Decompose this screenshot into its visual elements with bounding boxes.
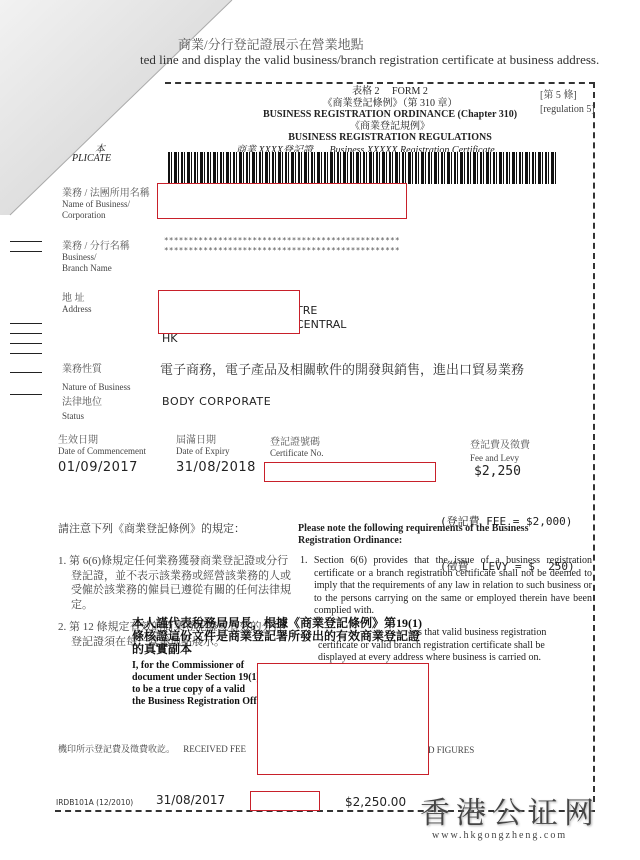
- margin-line: [10, 343, 42, 344]
- expiry-date: 31/08/2018: [176, 460, 256, 475]
- certificate-number-redaction: [264, 462, 436, 482]
- top-instruction-zh: 商業/分行登記證展示在營業地點: [178, 34, 364, 53]
- fee-label-en: Fee and Levy: [470, 453, 530, 464]
- cut-line-right: [593, 82, 595, 802]
- branch-label-en-2: Branch Name: [62, 263, 130, 274]
- form-number: 表格 2 FORM 2: [240, 86, 540, 98]
- receipt-en-a: RECEIVED FEE: [183, 744, 246, 754]
- margin-line: [10, 353, 42, 354]
- commencement-label-zh: 生效日期: [58, 431, 146, 446]
- receipt-zh: 機印所示登記費及徵費收訖。: [58, 744, 175, 754]
- name-label-zh: 業務 / 法團所用名稱: [62, 184, 150, 199]
- address-redaction: [158, 290, 300, 334]
- branch-name-line-1: ****************************************…: [164, 236, 400, 246]
- margin-line: [10, 323, 42, 324]
- status-label-en: Status: [62, 411, 102, 422]
- certificate-no-label-en: Certificate No.: [270, 448, 323, 459]
- notes-heading-en: Please note the following requirements o…: [298, 523, 580, 547]
- name-label-en-2: Corporation: [62, 210, 150, 221]
- branch-name-line-2: ****************************************…: [164, 246, 400, 256]
- stamp-zh-line-3: 的真實副本: [132, 643, 422, 656]
- margin-line: [10, 333, 42, 334]
- top-instruction-en: ted line and display the valid business/…: [140, 52, 599, 68]
- copy-mark-en: PLICATE: [72, 153, 111, 164]
- note-1-en: 1. Section 6(6) provides that the issue …: [300, 555, 592, 618]
- footer-amount: $2,250.00: [345, 795, 406, 809]
- regulations-zh: 《商業登記規例》: [240, 121, 540, 133]
- branch-label-en-1: Business/: [62, 252, 130, 263]
- margin-line: [10, 372, 42, 373]
- fee-total: $2,250: [474, 464, 521, 479]
- signature-redaction: [257, 663, 429, 775]
- status-value: BODY CORPORATE: [162, 395, 271, 408]
- regulation-ref-zh: [第 5 條]: [540, 86, 595, 101]
- footer-date: 31/08/2017: [156, 793, 225, 807]
- branch-label-zh: 業務 / 分行名稱: [62, 237, 130, 252]
- status-label-zh: 法律地位: [62, 393, 102, 408]
- footer-redaction: [250, 791, 320, 811]
- expiry-label-zh: 屆滿日期: [176, 431, 256, 446]
- commencement-date: 01/09/2017: [58, 460, 146, 475]
- nature-of-business-value: 電子商務，電子產品及相關軟件的開發與銷售，進出口貿易業務: [160, 359, 524, 378]
- business-name-redaction: [157, 183, 407, 219]
- name-label-en-1: Name of Business/: [62, 199, 150, 210]
- watermark-logo: 香港公证网: [420, 788, 600, 832]
- margin-line: [10, 251, 42, 252]
- watermark-url: www.hkgongzheng.com: [432, 830, 567, 841]
- receipt-en-b: D FIGURES: [428, 745, 474, 755]
- ordinance-en: BUSINESS REGISTRATION ORDINANCE (Chapter…: [240, 109, 540, 121]
- address-label-zh: 地 址: [62, 289, 92, 304]
- regulation-ref-en: [regulation 5]: [540, 104, 595, 115]
- commencement-label-en: Date of Commencement: [58, 446, 146, 457]
- certificate-no-label-zh: 登記證號碼: [270, 433, 323, 448]
- nature-label-zh: 業務性質: [62, 360, 131, 375]
- nature-label-en: Nature of Business: [62, 382, 131, 393]
- margin-line: [10, 394, 42, 395]
- form-code: IRDB101A (12/2010): [56, 798, 133, 807]
- expiry-label-en: Date of Expiry: [176, 446, 256, 457]
- notes-heading-zh: 請注意下列《商業登記條例》的規定：: [58, 520, 245, 536]
- cut-line-top: [165, 82, 595, 84]
- address-label-en: Address: [62, 304, 92, 315]
- note-1-zh: 1. 第 6(6)條規定任何業務獲發商業登記證或分行登記證，並不表示該業務或經營…: [58, 554, 293, 612]
- margin-line: [10, 241, 42, 242]
- address-line-3: HK: [140, 332, 346, 346]
- fee-label-zh: 登記費及徵費: [470, 436, 530, 451]
- barcode: [168, 152, 558, 184]
- ordinance-zh: 《商業登記條例》（第 310 章）: [240, 98, 540, 110]
